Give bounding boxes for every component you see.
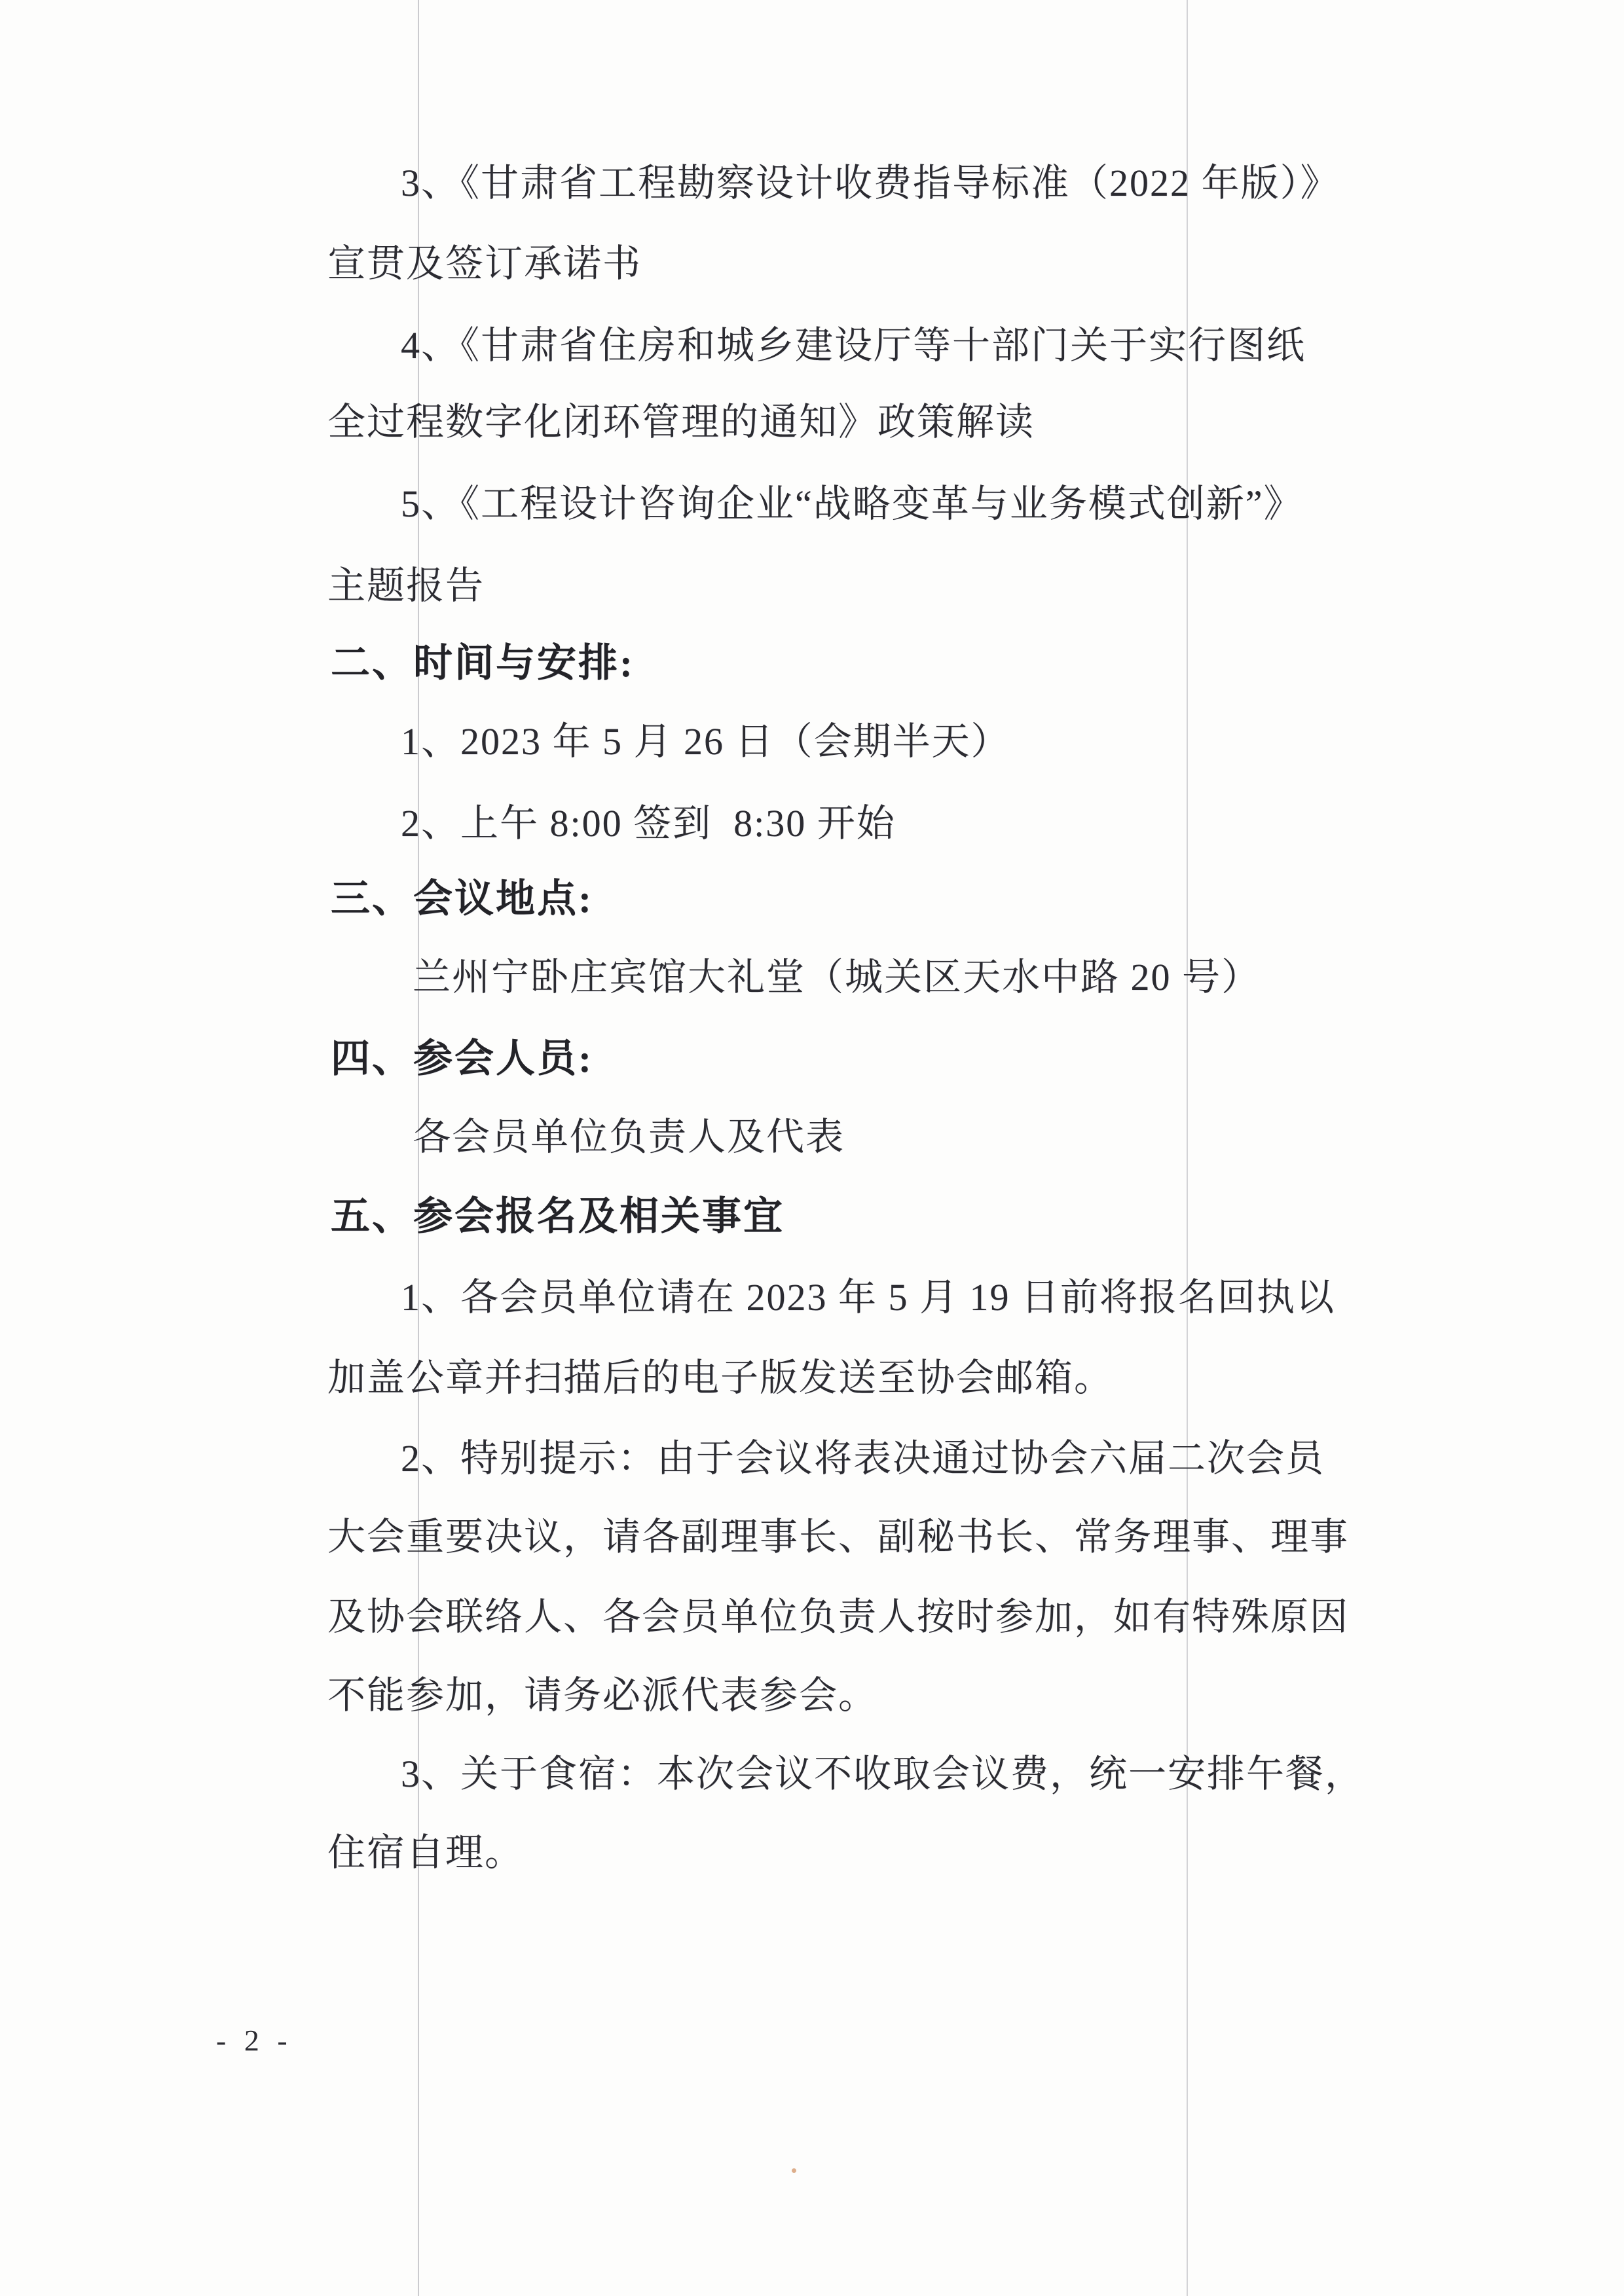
agenda-item-3-line2: 宣贯及签订承诺书 bbox=[327, 234, 642, 293]
agenda-item-4-line2: 全过程数字化闭环管理的通知》政策解读 bbox=[327, 393, 1035, 452]
page-number: - 2 - bbox=[216, 2023, 293, 2058]
registration-item-2-line2: 大会重要决议，请各副理事长、副秘书长、常务理事、理事 bbox=[327, 1508, 1349, 1567]
registration-item-2-line3: 及协会联络人、各会员单位负责人按时参加，如有特殊原因 bbox=[327, 1588, 1349, 1647]
agenda-item-5-line1: 5、《工程设计咨询企业“战略变革与业务模式创新”》 bbox=[401, 475, 1303, 534]
attendees-line: 各会员单位负责人及代表 bbox=[413, 1108, 845, 1167]
section-heading-registration: 五、参会报名及相关事宜 bbox=[331, 1187, 784, 1246]
registration-item-1-line1: 1、各会员单位请在 2023 年 5 月 19 日前将报名回执以 bbox=[401, 1268, 1335, 1327]
agenda-item-5-line2: 主题报告 bbox=[327, 556, 485, 615]
scan-artifact-dot bbox=[792, 2168, 796, 2173]
agenda-item-4-line1: 4、《甘肃省住房和城乡建设厅等十部门关于实行图纸 bbox=[401, 316, 1306, 375]
section-heading-venue: 三、会议地点: bbox=[331, 869, 593, 928]
venue-line: 兰州宁卧庄宾馆大礼堂（城关区天水中路 20 号） bbox=[413, 948, 1261, 1007]
agenda-item-3-line1: 3、《甘肃省工程勘察设计收费指导标准（2022 年版）》 bbox=[401, 154, 1340, 213]
time-item-2: 2、上午 8:00 签到 8:30 开始 bbox=[401, 794, 896, 853]
registration-item-2-line4: 不能参加，请务必派代表参会。 bbox=[327, 1666, 877, 1725]
registration-item-3-line2: 住宿自理。 bbox=[327, 1823, 524, 1882]
registration-item-3-line1: 3、关于食宿：本次会议不收取会议费，统一安排午餐， bbox=[401, 1745, 1364, 1804]
document-page: 3、《甘肃省工程勘察设计收费指导标准（2022 年版）》 宣贯及签订承诺书 4、… bbox=[0, 0, 1624, 2296]
registration-item-1-line2: 加盖公章并扫描后的电子版发送至协会邮箱。 bbox=[327, 1349, 1113, 1408]
registration-item-2-line1: 2、特别提示：由于会议将表决通过协会六届二次会员 bbox=[401, 1429, 1325, 1488]
section-heading-attendees: 四、参会人员: bbox=[331, 1029, 593, 1088]
section-heading-time: 二、时间与安排: bbox=[331, 634, 635, 693]
time-item-1: 1、2023 年 5 月 26 日（会期半天） bbox=[401, 712, 1010, 771]
